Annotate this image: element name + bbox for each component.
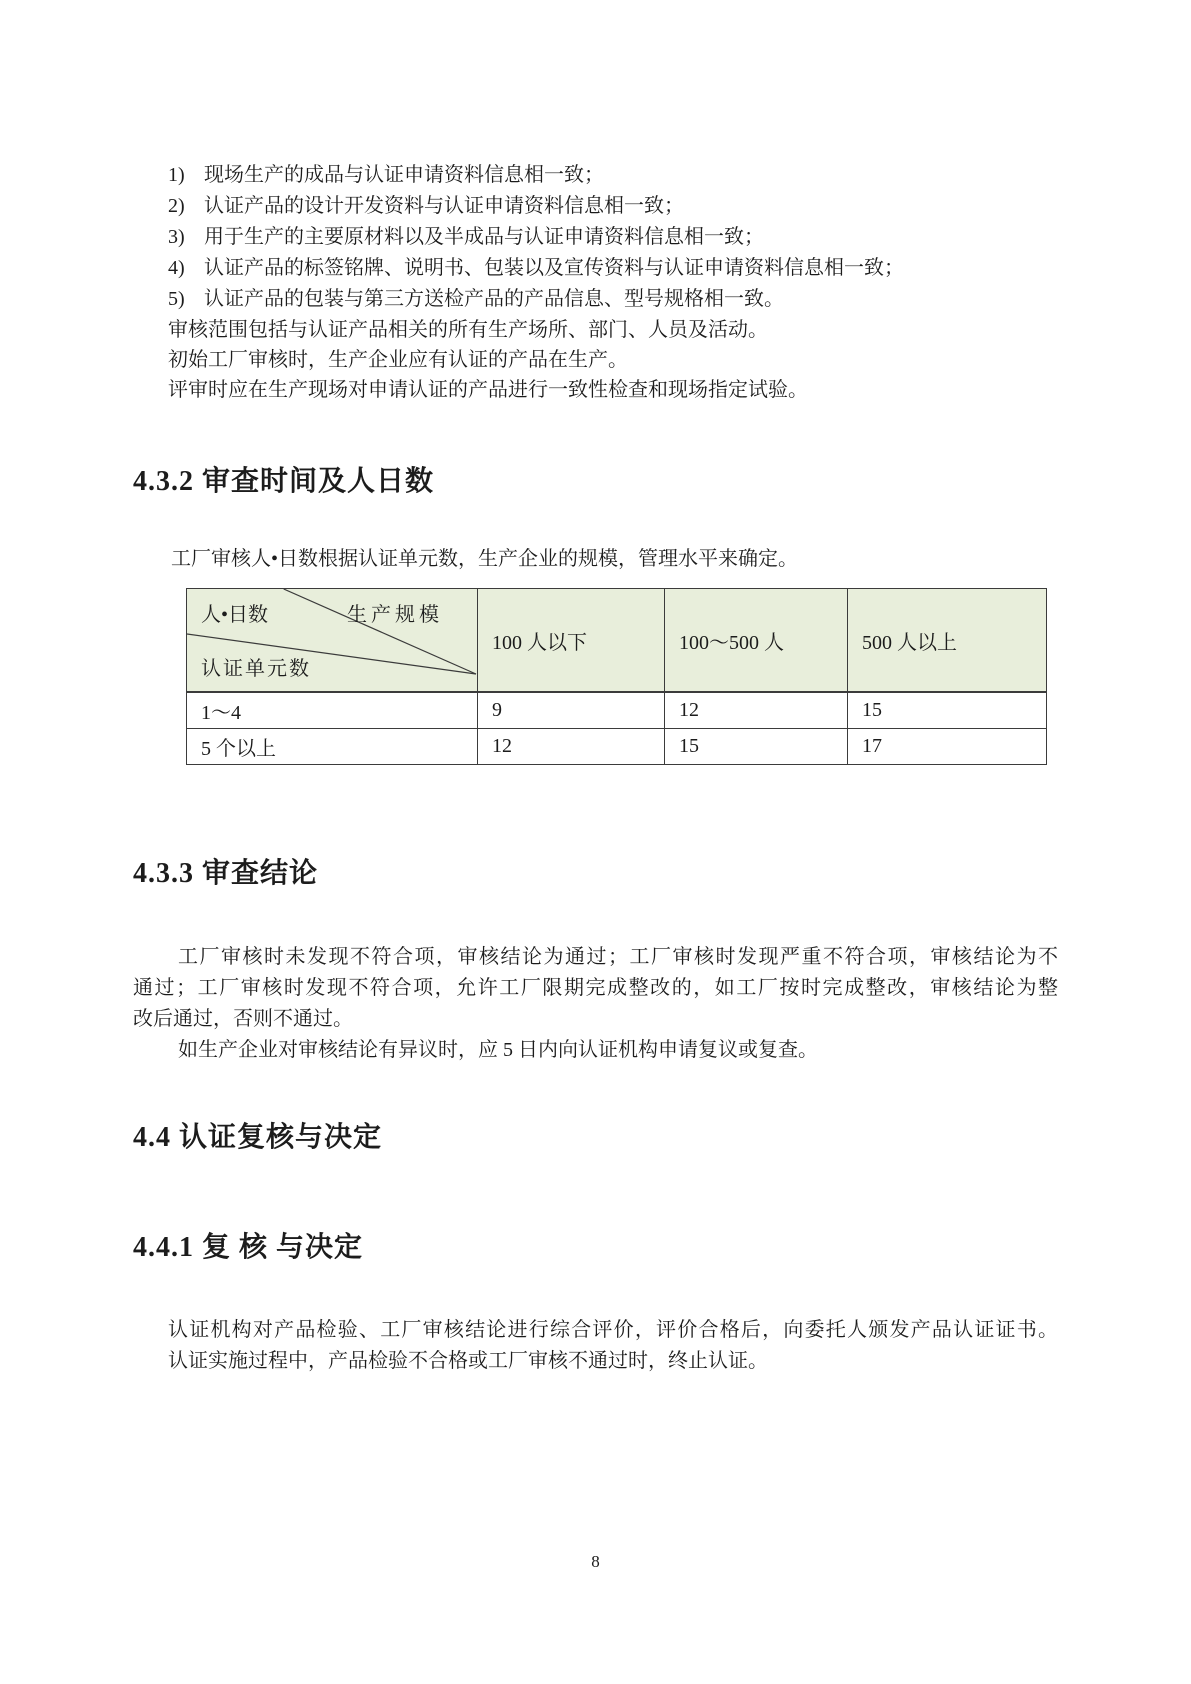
audit-conclusion-paragraph: 工厂审核时未发现不符合项，审核结论为通过；工厂审核时发现严重不符合项，审核结论为… xyxy=(133,942,1058,1066)
paragraph-line: 工厂审核时未发现不符合项，审核结论为通过；工厂审核时发现严重不符合项，审核结论为… xyxy=(133,942,1058,973)
diagonal-label-man-days: 人•日数 xyxy=(201,598,268,627)
document-content: 1) 现场生产的成品与认证申请资料信息相一致； 2) 认证产品的设计开发资料与认… xyxy=(133,160,1058,1377)
list-item: 4) 认证产品的标签铭牌、说明书、包装以及宣传资料与认证申请资料信息相一致； xyxy=(168,253,1058,284)
paragraph-line: 初始工厂审核时，生产企业应有认证的产品在生产。 xyxy=(168,345,1058,375)
list-item-number: 3) xyxy=(168,222,192,253)
table-intro-line: 工厂审核人•日数根据认证单元数，生产企业的规模，管理水平来确定。 xyxy=(171,545,1058,573)
review-decision-paragraph: 认证机构对产品检验、工厂审核结论进行综合评价，评价合格后，向委托人颁发产品认证证… xyxy=(133,1315,1058,1377)
column-header: 500 人以上 xyxy=(848,589,1047,693)
row-label: 5 个以上 xyxy=(187,729,478,765)
row-label: 1～4 xyxy=(187,692,478,729)
table-row: 1～4 9 12 15 xyxy=(187,692,1047,729)
paragraph-line: 认证机构对产品检验、工厂审核结论进行综合评价，评价合格后，向委托人颁发产品认证证… xyxy=(168,1315,1058,1346)
table-cell: 15 xyxy=(665,729,848,765)
paragraph-line: 通过；工厂审核时发现不符合项，允许工厂限期完成整改的，如工厂按时完成整改，审核结… xyxy=(133,973,1058,1004)
paragraph-line: 认证实施过程中，产品检验不合格或工厂审核不通过时，终止认证。 xyxy=(168,1346,1058,1377)
list-item: 1) 现场生产的成品与认证申请资料信息相一致； xyxy=(168,160,1058,191)
section-heading-4-3-2: 4.3.2 审查时间及人日数 xyxy=(133,463,1058,501)
list-item: 5) 认证产品的包装与第三方送检产品的产品信息、型号规格相一致。 xyxy=(168,284,1058,315)
list-item: 3) 用于生产的主要原材料以及半成品与认证申请资料信息相一致； xyxy=(168,222,1058,253)
section-heading-4-3-3: 4.3.3 审查结论 xyxy=(133,855,1058,893)
diagonal-label-production-scale: 生产规模 xyxy=(347,598,443,627)
section-heading-4-4: 4.4 认证复核与决定 xyxy=(133,1119,1058,1157)
document-page: 1) 现场生产的成品与认证申请资料信息相一致； 2) 认证产品的设计开发资料与认… xyxy=(0,0,1191,1684)
list-item-number: 4) xyxy=(168,253,192,284)
paragraph-line: 评审时应在生产现场对申请认证的产品进行一致性检查和现场指定试验。 xyxy=(168,375,1058,405)
list-item-text: 认证产品的设计开发资料与认证申请资料信息相一致； xyxy=(204,191,684,222)
table-cell: 17 xyxy=(848,729,1047,765)
table-cell: 15 xyxy=(848,692,1047,729)
conformity-check-list: 1) 现场生产的成品与认证申请资料信息相一致； 2) 认证产品的设计开发资料与认… xyxy=(133,160,1058,315)
table-row: 5 个以上 12 15 17 xyxy=(187,729,1047,765)
paragraph-line: 审核范围包括与认证产品相关的所有生产场所、部门、人员及活动。 xyxy=(168,315,1058,345)
audit-man-days-table: 人•日数 生产规模 认证单元数 100 人以下 100～500 人 500 人以… xyxy=(186,588,1047,765)
table-cell: 12 xyxy=(478,729,665,765)
paragraph-line: 如生产企业对审核结论有异议时，应 5 日内向认证机构申请复议或复查。 xyxy=(133,1035,1058,1066)
page-number: 8 xyxy=(0,1552,1191,1572)
paragraph-line: 改后通过，否则不通过。 xyxy=(133,1004,1058,1035)
list-item-number: 2) xyxy=(168,191,192,222)
list-item-number: 1) xyxy=(168,160,192,191)
diagonal-label-cert-unit-count: 认证单元数 xyxy=(201,652,311,681)
table-cell: 9 xyxy=(478,692,665,729)
table-header-row: 人•日数 生产规模 认证单元数 100 人以下 100～500 人 500 人以… xyxy=(187,589,1047,693)
list-item: 2) 认证产品的设计开发资料与认证申请资料信息相一致； xyxy=(168,191,1058,222)
list-item-text: 认证产品的标签铭牌、说明书、包装以及宣传资料与认证申请资料信息相一致； xyxy=(204,253,904,284)
list-item-text: 认证产品的包装与第三方送检产品的产品信息、型号规格相一致。 xyxy=(204,284,784,315)
column-header: 100～500 人 xyxy=(665,589,848,693)
table-cell: 12 xyxy=(665,692,848,729)
list-item-number: 5) xyxy=(168,284,192,315)
list-item-text: 现场生产的成品与认证申请资料信息相一致； xyxy=(204,160,604,191)
column-header: 100 人以下 xyxy=(478,589,665,693)
list-item-text: 用于生产的主要原材料以及半成品与认证申请资料信息相一致； xyxy=(204,222,764,253)
diagonal-header-cell: 人•日数 生产规模 认证单元数 xyxy=(187,589,478,693)
section-heading-4-4-1: 4.4.1 复 核 与决定 xyxy=(133,1229,1058,1267)
